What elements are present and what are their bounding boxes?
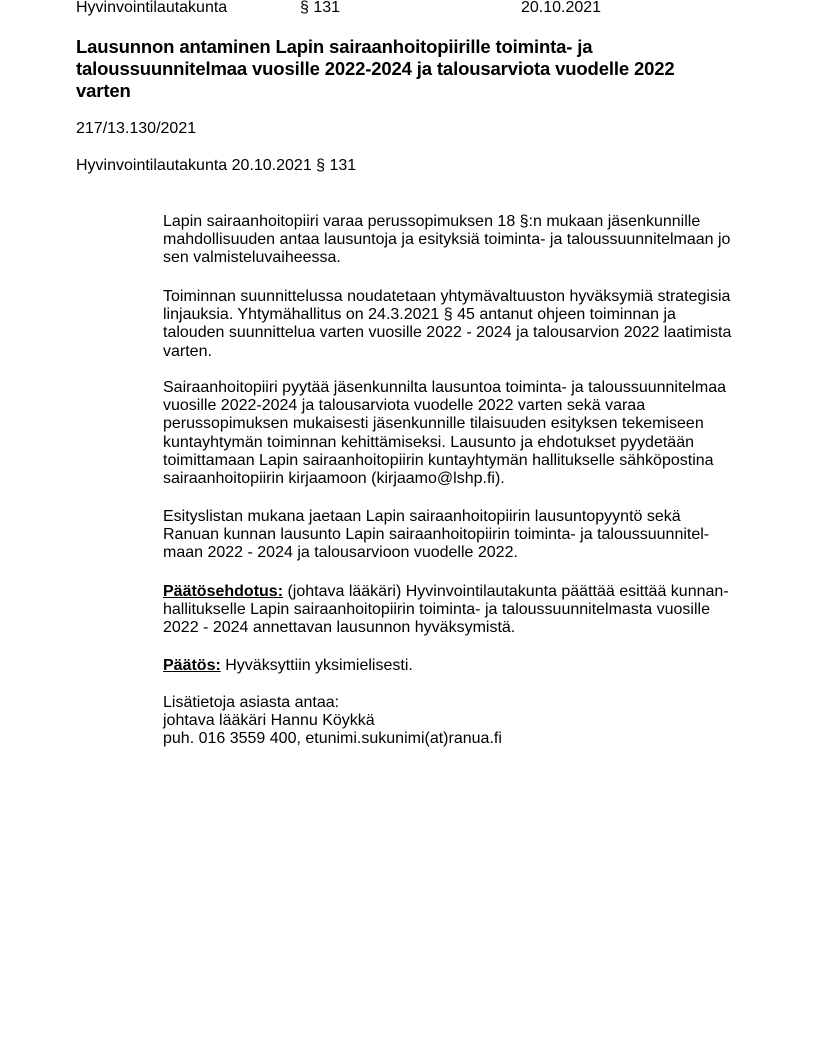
text-line: linjauksia. Yhtymähallitus on 24.3.2021 … [163,306,753,324]
proposal-text: (johtava lääkäri) Hyvinvointilautakunta … [283,583,729,600]
text-line: Toiminnan suunnittelussa noudatetaan yht… [163,288,753,306]
text-line: varten. [163,343,753,361]
text-line: puh. 016 3559 400, etunimi.sukunimi(at)r… [163,730,753,748]
paragraph-request: Sairaanhoitopiiri pyytää jäsenkunnilta l… [163,379,753,488]
text-line: Esityslistan mukana jaetaan Lapin sairaa… [163,508,753,526]
decision-label: Päätös: [163,657,221,674]
text-line: sairaanhoitopiirin kirjaamoon (kirjaamo@… [163,470,753,488]
text-line: sen valmisteluvaiheessa. [163,249,753,267]
decision-text: Hyväksyttiin yksimielisesti. [221,657,413,674]
text-line: perussopimuksen mukaisesti jäsenkunnille… [163,415,753,433]
text-line: Sairaanhoitopiiri pyytää jäsenkunnilta l… [163,379,753,397]
decision-proposal: Päätösehdotus: (johtava lääkäri) Hyvinvo… [163,583,753,638]
header-meeting-date: 20.10.2021 [521,0,601,18]
meeting-reference: Hyvinvointilautakunta 20.10.2021 § 131 [76,157,356,175]
contact-info: Lisätietoja asiasta antaa: johtava lääkä… [163,694,753,749]
header-section-number: § 131 [300,0,340,18]
paragraph-planning: Toiminnan suunnittelussa noudatetaan yht… [163,288,753,361]
proposal-label: Päätösehdotus: [163,583,283,600]
title-line: taloussuunnitelmaa vuosille 2022-2024 ja… [76,58,736,80]
text-line: vuosille 2022-2024 ja talousarviota vuod… [163,397,753,415]
text-line: Ranuan kunnan lausunto Lapin sairaanhoit… [163,526,753,544]
text-line: Päätös: Hyväksyttiin yksimielisesti. [163,657,753,675]
text-line: hallitukselle Lapin sairaanhoitopiirin t… [163,601,753,619]
text-line: Lapin sairaanhoitopiiri varaa perussopim… [163,213,753,231]
paragraph-attachments: Esityslistan mukana jaetaan Lapin sairaa… [163,508,753,563]
title-line: Lausunnon antaminen Lapin sairaanhoitopi… [76,36,736,58]
text-line: maan 2022 - 2024 ja talousarvioon vuodel… [163,544,753,562]
text-line: Lisätietoja asiasta antaa: [163,694,753,712]
text-line: toimittamaan Lapin sairaanhoitopiirin ku… [163,452,753,470]
text-line: mahdollisuuden antaa lausuntoja ja esity… [163,231,753,249]
decision: Päätös: Hyväksyttiin yksimielisesti. [163,657,753,675]
text-line: kuntayhtymän toiminnan kehittämiseksi. L… [163,434,753,452]
title-line: varten [76,80,736,102]
header-board-name: Hyvinvointilautakunta [76,0,227,18]
text-line: talouden suunnittelua varten vuosille 20… [163,324,753,342]
text-line: johtava lääkäri Hannu Köykkä [163,712,753,730]
document-title: Lausunnon antaminen Lapin sairaanhoitopi… [76,36,736,102]
paragraph-background: Lapin sairaanhoitopiiri varaa perussopim… [163,213,753,268]
text-line: 2022 - 2024 annettavan lausunnon hyväksy… [163,619,753,637]
case-number: 217/13.130/2021 [76,120,196,138]
text-line: Päätösehdotus: (johtava lääkäri) Hyvinvo… [163,583,753,601]
